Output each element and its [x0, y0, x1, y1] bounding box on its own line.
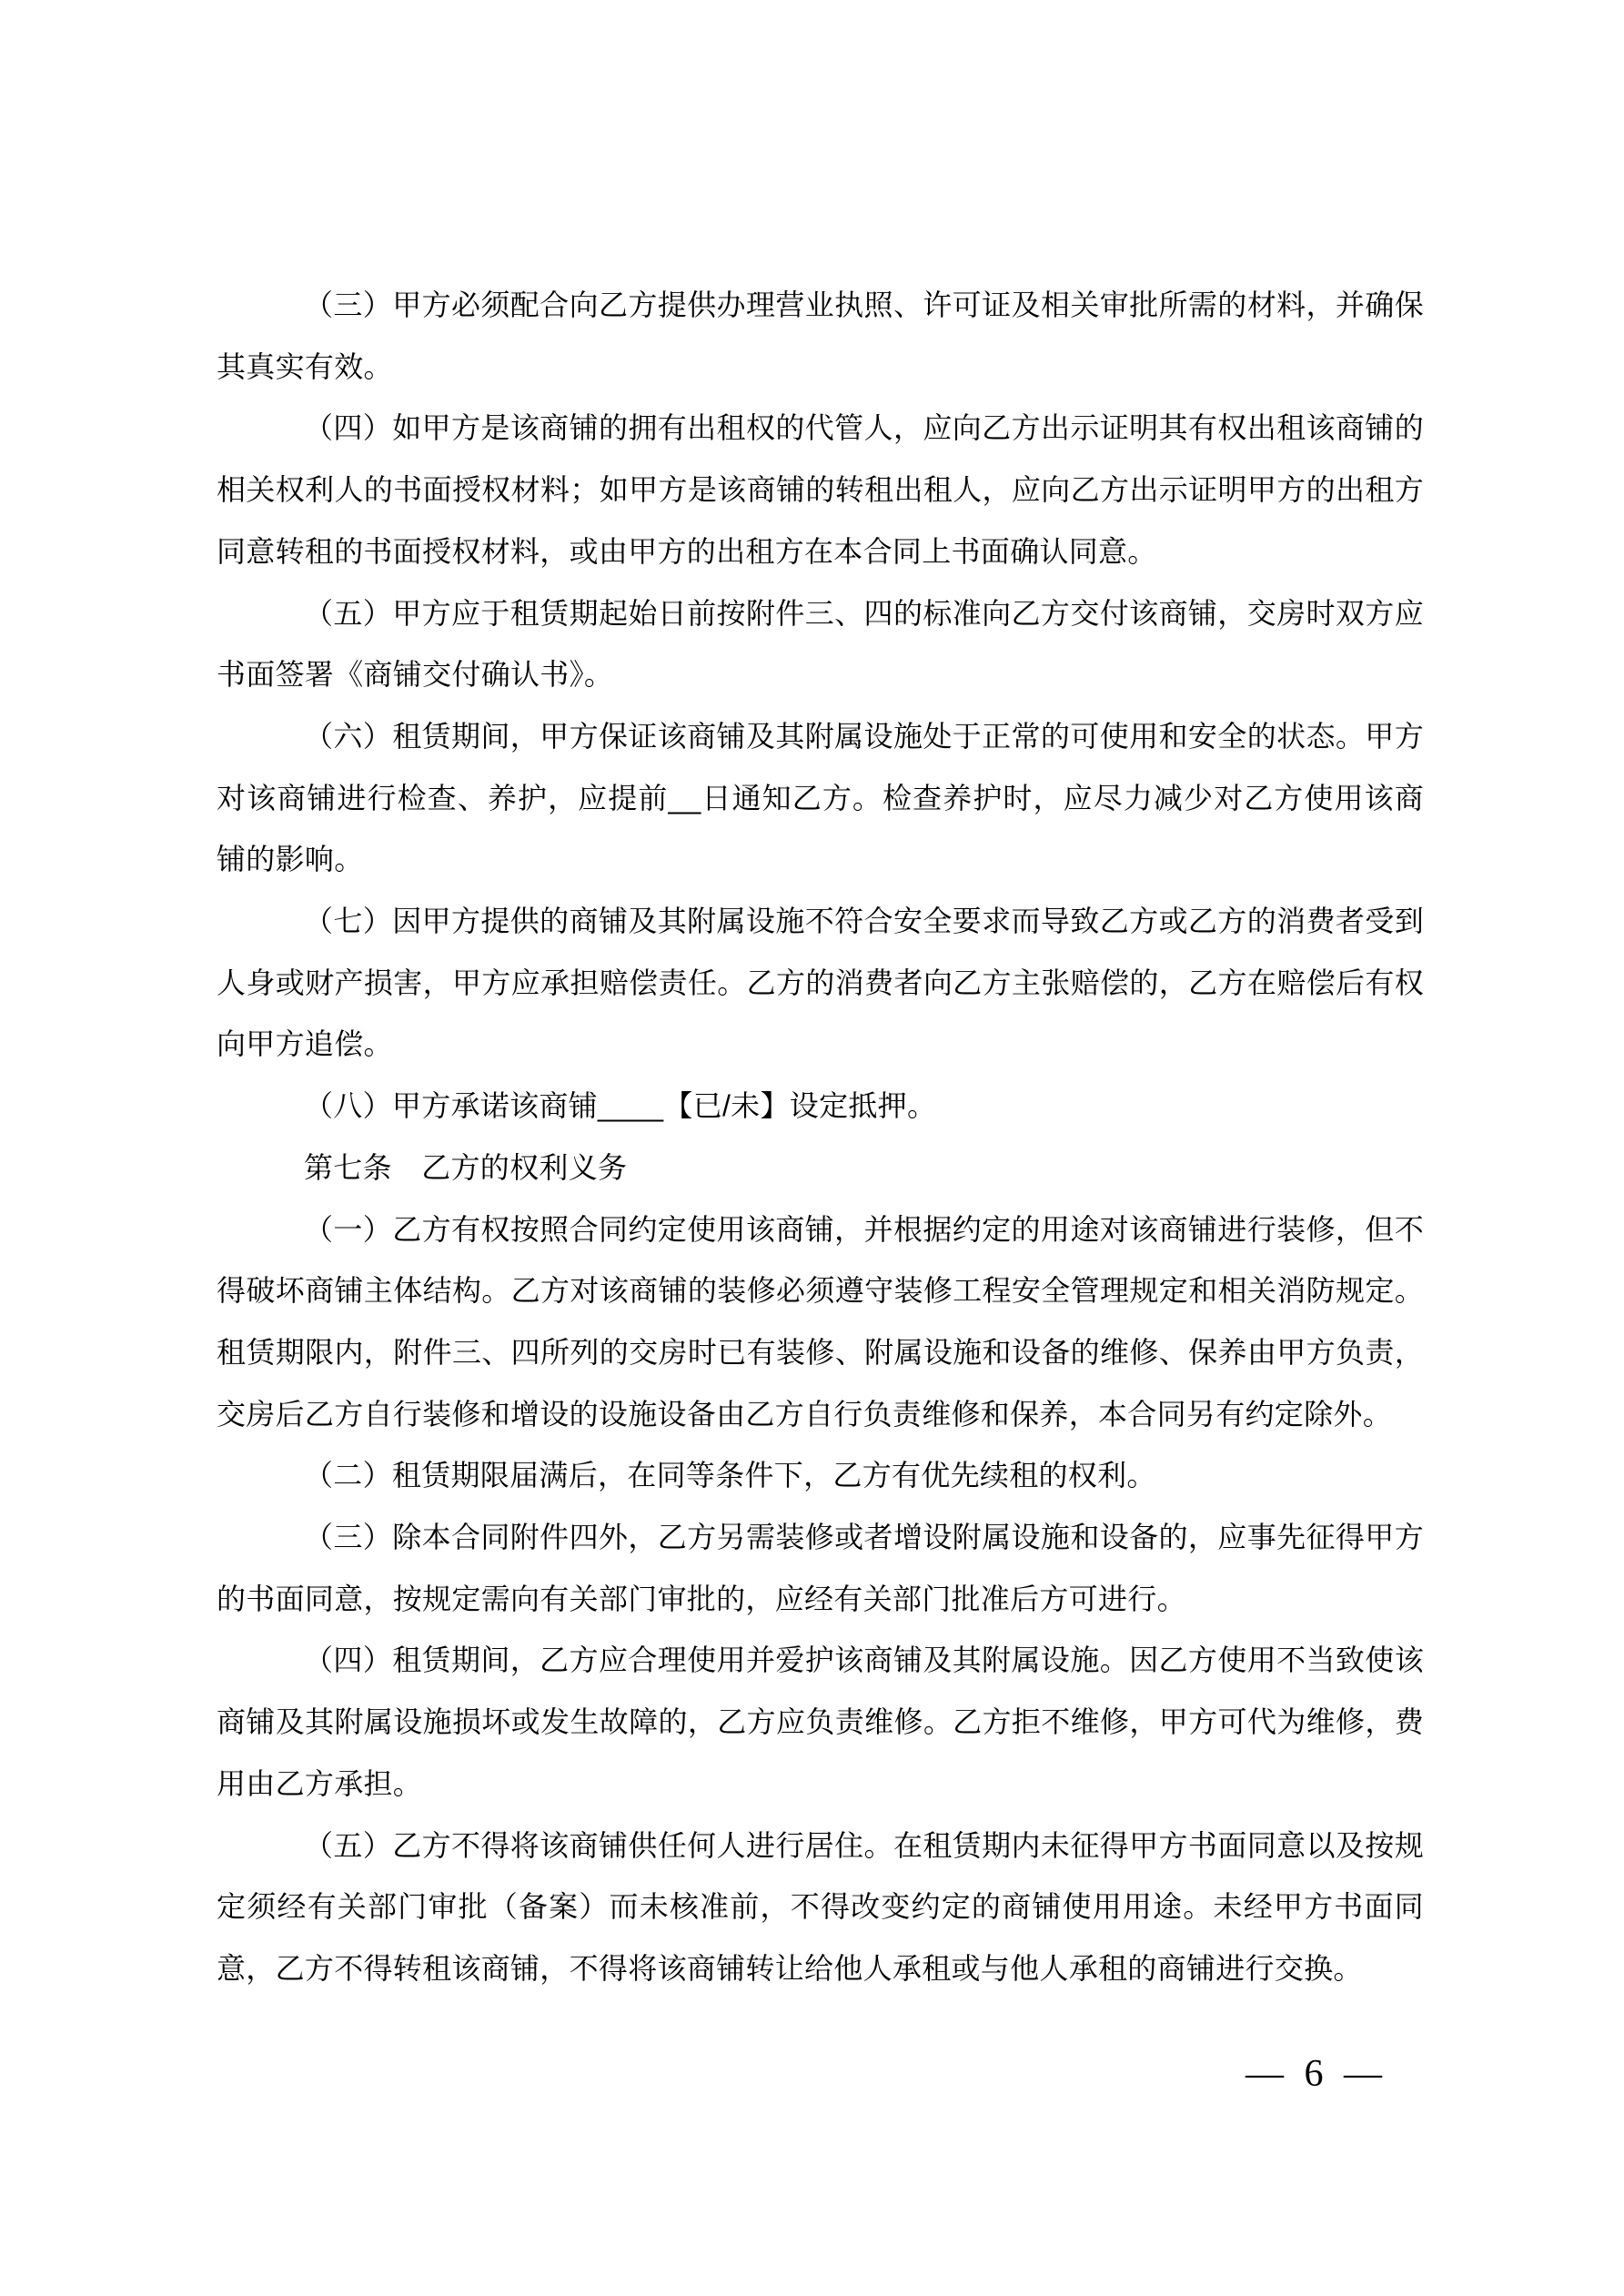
clause-paragraph: （四）租赁期间，乙方应合理使用并爱护该商铺及其附属设施。因乙方使用不当致使该商铺… [217, 1630, 1424, 1815]
clause-paragraph: （三）除本合同附件四外，乙方另需装修或者增设附属设施和设备的，应事先征得甲方的书… [217, 1507, 1424, 1630]
clause-paragraph: （八）甲方承诺该商铺____【已/未】设定抵押。 [217, 1076, 1424, 1138]
section-heading: 第七条 乙方的权利义务 [217, 1138, 1424, 1199]
clause-paragraph: （一）乙方有权按照合同约定使用该商铺，并根据约定的用途对该商铺进行装修，但不得破… [217, 1199, 1424, 1446]
clause-paragraph: （七）因甲方提供的商铺及其附属设施不符合安全要求而导致乙方或乙方的消费者受到人身… [217, 891, 1424, 1076]
clause-paragraph: （四）如甲方是该商铺的拥有出租权的代管人，应向乙方出示证明其有权出租该商铺的相关… [217, 398, 1424, 582]
clause-paragraph: （五）乙方不得将该商铺供任何人进行居住。在租赁期内未征得甲方书面同意以及按规定须… [217, 1816, 1424, 2000]
document-page: （三）甲方必须配合向乙方提供办理营业执照、许可证及相关审批所需的材料，并确保其真… [0, 0, 1624, 2296]
clause-paragraph: （五）甲方应于租赁期起始日前按附件三、四的标准向乙方交付该商铺，交房时双方应书面… [217, 583, 1424, 706]
clause-paragraph: （三）甲方必须配合向乙方提供办理营业执照、许可证及相关审批所需的材料，并确保其真… [217, 275, 1424, 398]
clause-paragraph: （六）租赁期间，甲方保证该商铺及其附属设施处于正常的可使用和安全的状态。甲方对该… [217, 706, 1424, 891]
page-number: — 6 — [1246, 2053, 1382, 2095]
contract-body: （三）甲方必须配合向乙方提供办理营业执照、许可证及相关审批所需的材料，并确保其真… [217, 275, 1424, 2000]
clause-paragraph: （二）租赁期限届满后，在同等条件下，乙方有优先续租的权利。 [217, 1445, 1424, 1507]
